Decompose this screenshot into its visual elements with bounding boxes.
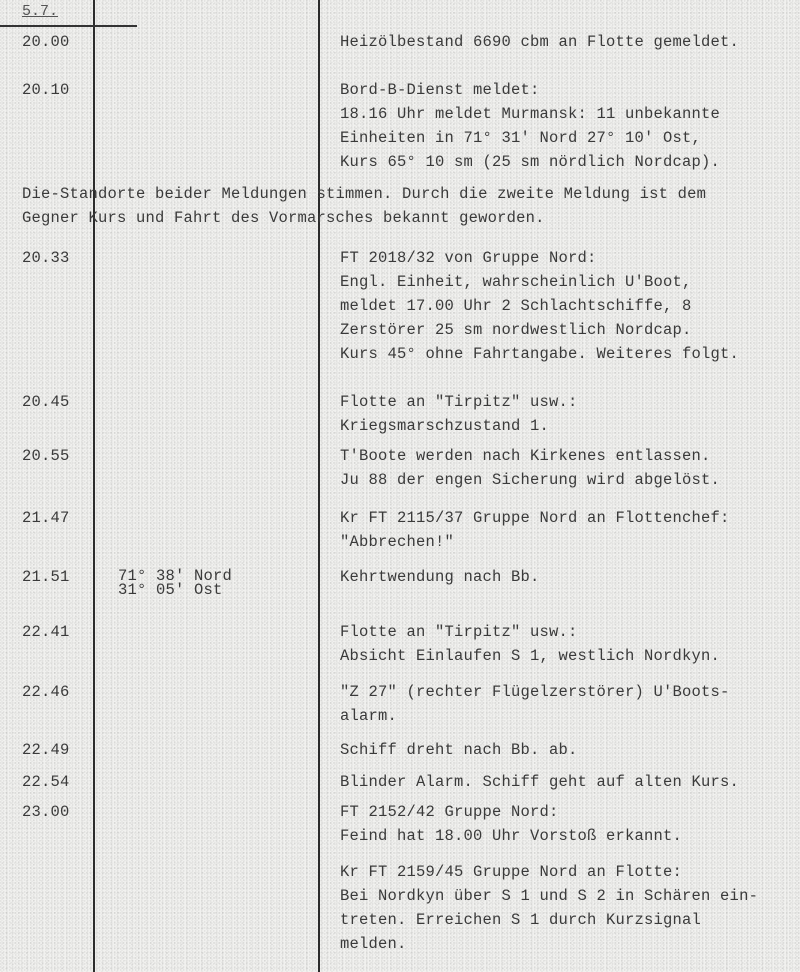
entry-time: 20.45: [22, 390, 70, 414]
entry-time: 22.54: [22, 770, 70, 794]
entry-time: 22.46: [22, 680, 70, 704]
entry-time: 20.10: [22, 78, 70, 102]
entry-time: 23.00: [22, 800, 70, 824]
date-heading: 5.7.: [22, 3, 58, 20]
entry-text-line: Engl. Einheit, wahrscheinlich U'Boot,: [340, 270, 692, 294]
entry-text-line: Flotte an "Tirpitz" usw.:: [340, 390, 578, 414]
entry-text-line: 18.16 Uhr meldet Murmansk: 11 unbekannte: [340, 102, 720, 126]
entry-text-line: T'Boote werden nach Kirkenes entlassen.: [340, 444, 711, 468]
entry-time: 20.00: [22, 30, 70, 54]
entry-time: 22.49: [22, 738, 70, 762]
entry-time: 22.41: [22, 620, 70, 644]
entry-text-line: Bei Nordkyn über S 1 und S 2 in Schären …: [340, 884, 758, 908]
entry-time: 21.51: [22, 565, 70, 589]
entry-text-line: "Z 27" (rechter Flügelzerstörer) U'Boots…: [340, 680, 730, 704]
entry-text-line: "Abbrechen!": [340, 530, 454, 554]
entry-text-line: Absicht Einlaufen S 1, westlich Nordkyn.: [340, 644, 720, 668]
entry-text-line: Kurs 65° 10 sm (25 sm nördlich Nordcap).: [340, 150, 720, 174]
entry-time: 20.33: [22, 246, 70, 270]
entry-text-line: Bord-B-Dienst meldet:: [340, 78, 540, 102]
header-rule: [0, 25, 137, 27]
entry-text-line: alarm.: [340, 704, 397, 728]
entry-text-line: Kehrtwendung nach Bb.: [340, 565, 540, 589]
entry-time: 21.47: [22, 506, 70, 530]
entry-text-line: treten. Erreichen S 1 durch Kurzsignal: [340, 908, 701, 932]
remark-line: Die-Standorte beider Meldungen stimmen. …: [22, 182, 706, 206]
column-divider-position: [318, 0, 320, 972]
entry-text-line: Schiff dreht nach Bb. ab.: [340, 738, 578, 762]
entry-text-line: Heizölbestand 6690 cbm an Flotte gemelde…: [340, 30, 739, 54]
entry-text-line: Ju 88 der engen Sicherung wird abgelöst.: [340, 468, 720, 492]
entry-text-line: melden.: [340, 932, 407, 956]
column-divider-time: [93, 0, 95, 972]
entry-text-line: Feind hat 18.00 Uhr Vorstoß erkannt.: [340, 824, 682, 848]
entry-text-line: Einheiten in 71° 31' Nord 27° 10' Ost,: [340, 126, 701, 150]
entry-text-line: Kriegsmarschzustand 1.: [340, 414, 549, 438]
entry-text-line: Kurs 45° ohne Fahrtangabe. Weiteres folg…: [340, 342, 739, 366]
entry-time: 20.55: [22, 444, 70, 468]
entry-text-line: meldet 17.00 Uhr 2 Schlachtschiffe, 8: [340, 294, 692, 318]
entry-text-line: Flotte an "Tirpitz" usw.:: [340, 620, 578, 644]
entry-text-line: Kr FT 2115/37 Gruppe Nord an Flottenchef…: [340, 506, 730, 530]
entry-text-line: Blinder Alarm. Schiff geht auf alten Kur…: [340, 770, 739, 794]
entry-text-line: Kr FT 2159/45 Gruppe Nord an Flotte:: [340, 860, 682, 884]
remark-line: Gegner Kurs und Fahrt des Vormarsches be…: [22, 206, 545, 230]
entry-text-line: FT 2152/42 Gruppe Nord:: [340, 800, 559, 824]
entry-position: 31° 05' Ost: [118, 583, 223, 597]
entry-text-line: FT 2018/32 von Gruppe Nord:: [340, 246, 597, 270]
entry-text-line: Zerstörer 25 sm nordwestlich Nordcap.: [340, 318, 692, 342]
